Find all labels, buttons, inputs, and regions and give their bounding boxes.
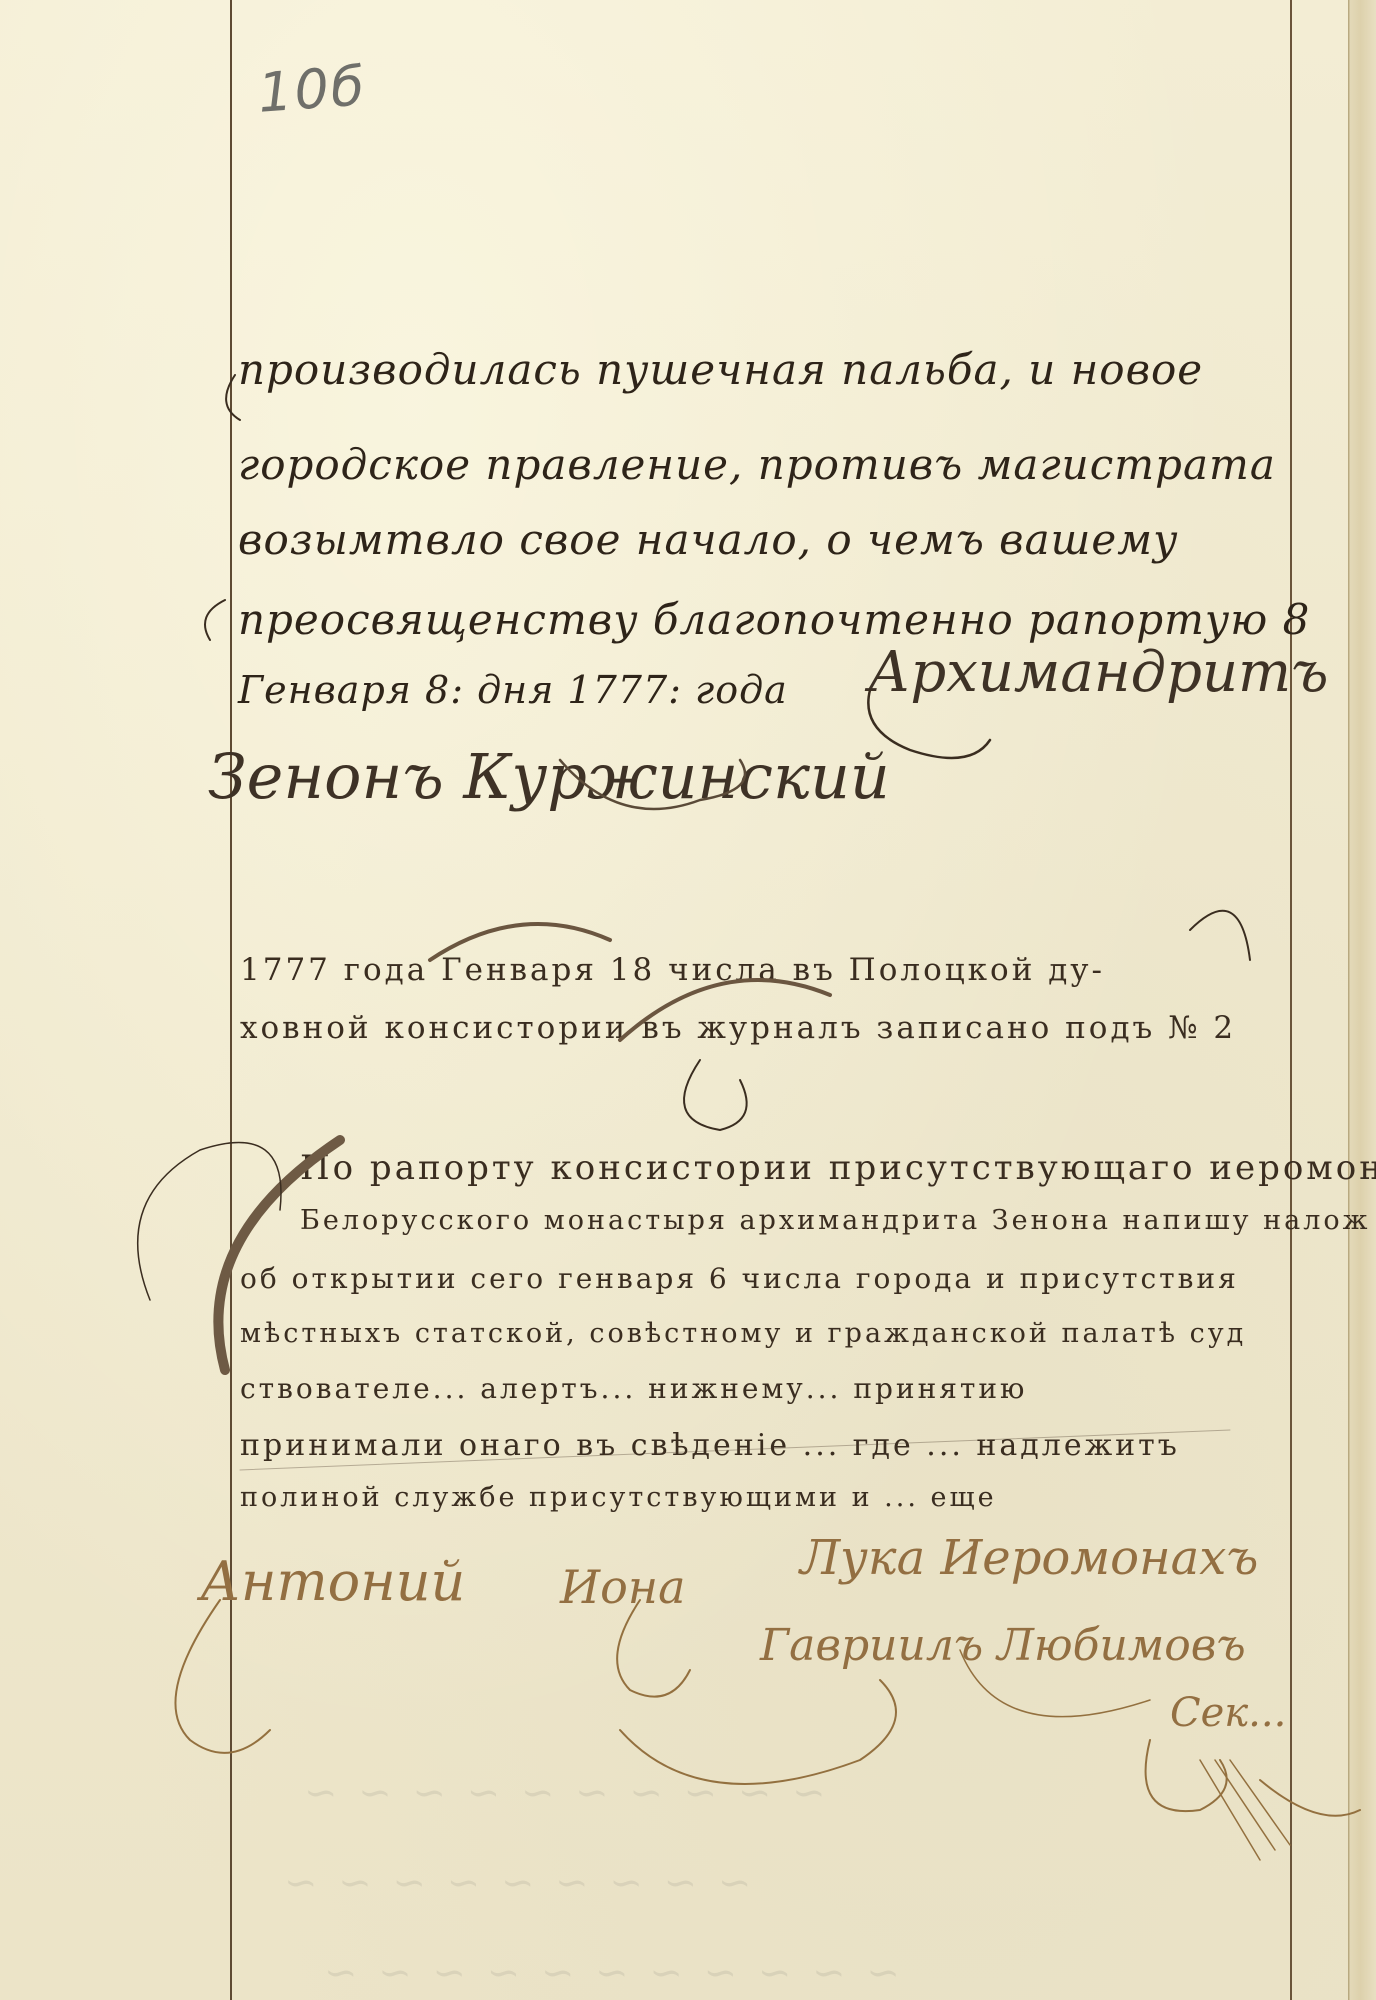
resolution-header-line: ховной консистории въ журналъ записано п… xyxy=(240,1010,1236,1046)
signature-name: Зенонъ Куржинский xyxy=(208,740,890,813)
signature-antoniy: Антоний xyxy=(200,1550,465,1613)
signature-title: Архимандритъ xyxy=(868,640,1328,705)
bleed-through-line: ~ ~ ~ ~ ~ ~ ~ ~ ~ xyxy=(280,1860,751,1906)
signature-iona: Иона xyxy=(560,1560,686,1614)
bleed-through-line: ~ ~ ~ ~ ~ ~ ~ ~ ~ ~ ~ xyxy=(320,1950,900,1996)
page-fold-line xyxy=(1348,0,1349,2000)
letter-line: производилась пушечная пальба, и новое xyxy=(238,345,1203,394)
secretary-mark: Сек... xyxy=(1170,1690,1286,1736)
resolution-body-line: По рапорту консистории присутствующаго и… xyxy=(300,1148,1376,1188)
letter-line: городское правление, противъ магистрата xyxy=(238,440,1276,489)
left-margin-rule xyxy=(230,0,232,2000)
manuscript-page: ~ ~ ~ ~ ~ ~ ~ ~ ~ ~ ~ ~ ~ ~ ~ ~ ~ ~ ~ ~ … xyxy=(0,0,1376,2000)
letter-line: преосвященству благопочтенно рапортую 8 xyxy=(238,595,1310,644)
resolution-body-line: ствователе... алертъ... нижнему... приня… xyxy=(240,1372,1027,1405)
resolution-header-line: 1777 года Генваря 18 числа въ Полоцкой д… xyxy=(240,952,1105,988)
resolution-body-line: об открытии сего генваря 6 числа города … xyxy=(240,1262,1239,1295)
folio-number: 10б xyxy=(256,54,368,124)
page-edge xyxy=(1349,0,1376,2000)
signature-luka: Лука Иеромонахъ xyxy=(800,1530,1258,1586)
resolution-body-line: полиной службе присутствующими и ... еще xyxy=(240,1482,997,1513)
letter-date-line: Генваря 8: дня 1777: года xyxy=(238,668,788,712)
resolution-body-line: принимали онаго въ свѣденіе ... где ... … xyxy=(240,1428,1180,1463)
resolution-body-line: Белорусского монастыря архимандрита Зено… xyxy=(300,1205,1371,1236)
bleed-through-line: ~ ~ ~ ~ ~ ~ ~ ~ ~ ~ xyxy=(300,1770,826,1816)
right-margin-rule xyxy=(1290,0,1292,2000)
resolution-body-line: мѣстныхъ статской, совѣстному и гражданс… xyxy=(240,1318,1246,1349)
letter-line: возымтвло свое начало, о чемъ вашему xyxy=(238,515,1178,564)
signature-gavriil: Гавриилъ Любимовъ xyxy=(760,1620,1246,1671)
